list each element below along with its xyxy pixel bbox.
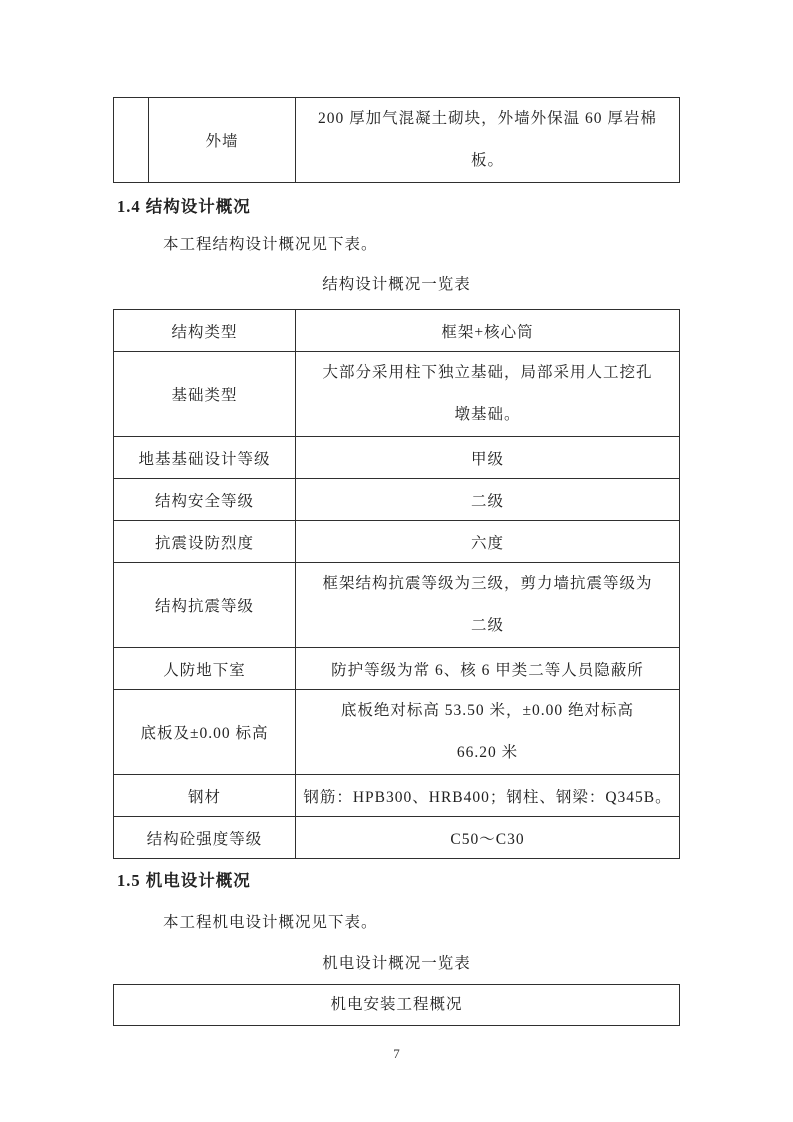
mep-table-title: 机电设计概况一览表 (113, 952, 680, 976)
section-heading-mep: 1.5 机电设计概况 (113, 869, 680, 893)
table-row: 抗震设防烈度 六度 (114, 521, 680, 563)
row-value-cell: 六度 (296, 521, 680, 563)
row-value-cell: 防护等级为常 6、核 6 甲类二等人员隐蔽所 (296, 648, 680, 690)
table-row: 结构类型 框架+核心筒 (114, 310, 680, 352)
row-value-cell: 框架结构抗震等级为三级，剪力墙抗震等级为 二级 (296, 563, 680, 648)
row-label-cell: 底板及±0.00 标高 (114, 690, 296, 775)
row-value-cell: 200 厚加气混凝土砌块，外墙外保温 60 厚岩棉 板。 (296, 98, 680, 183)
table-row: 结构抗震等级 框架结构抗震等级为三级，剪力墙抗震等级为 二级 (114, 563, 680, 648)
exterior-wall-table: 外墙 200 厚加气混凝土砌块，外墙外保温 60 厚岩棉 板。 (113, 97, 680, 183)
table-row: 底板及±0.00 标高 底板绝对标高 53.50 米，±0.00 绝对标高 66… (114, 690, 680, 775)
structural-intro-paragraph: 本工程结构设计概况见下表。 (113, 233, 680, 257)
row-value-cell: 二级 (296, 479, 680, 521)
row-label-cell: 结构安全等级 (114, 479, 296, 521)
row-label-cell: 地基基础设计等级 (114, 437, 296, 479)
value-line: 二级 (296, 605, 679, 647)
page-number: 7 (113, 1046, 680, 1062)
row-value-cell: 钢筋：HPB300、HRB400；钢柱、钢梁：Q345B。 (296, 775, 680, 817)
row-label-cell: 结构类型 (114, 310, 296, 352)
page-content: 外墙 200 厚加气混凝土砌块，外墙外保温 60 厚岩棉 板。 1.4 结构设计… (113, 97, 680, 1062)
row-label-cell: 结构砼强度等级 (114, 817, 296, 859)
row-value-cell: 大部分采用柱下独立基础，局部采用人工挖孔 墩基础。 (296, 352, 680, 437)
value-line: 66.20 米 (296, 732, 679, 774)
value-line: 板。 (296, 140, 679, 182)
value-line: 大部分采用柱下独立基础，局部采用人工挖孔 (296, 352, 679, 394)
row-label-cell: 抗震设防烈度 (114, 521, 296, 563)
value-line: 底板绝对标高 53.50 米，±0.00 绝对标高 (296, 690, 679, 732)
mep-intro-paragraph: 本工程机电设计概况见下表。 (113, 911, 680, 935)
table-row: 结构安全等级 二级 (114, 479, 680, 521)
row-label-cell: 基础类型 (114, 352, 296, 437)
mep-table-header-cell: 机电安装工程概况 (113, 984, 680, 1026)
table-row: 基础类型 大部分采用柱下独立基础，局部采用人工挖孔 墩基础。 (114, 352, 680, 437)
table-row: 外墙 200 厚加气混凝土砌块，外墙外保温 60 厚岩棉 板。 (114, 98, 680, 183)
row-label-cell: 人防地下室 (114, 648, 296, 690)
row-label-cell: 结构抗震等级 (114, 563, 296, 648)
structural-table-title: 结构设计概况一览表 (113, 273, 680, 297)
row-label-cell: 外墙 (149, 98, 296, 183)
value-line: 框架结构抗震等级为三级，剪力墙抗震等级为 (296, 563, 679, 605)
table-row: 钢材 钢筋：HPB300、HRB400；钢柱、钢梁：Q345B。 (114, 775, 680, 817)
table-row: 结构砼强度等级 C50～C30 (114, 817, 680, 859)
row-value-cell: 底板绝对标高 53.50 米，±0.00 绝对标高 66.20 米 (296, 690, 680, 775)
row-value-cell: 甲级 (296, 437, 680, 479)
row-value-cell: C50～C30 (296, 817, 680, 859)
empty-spanner-cell (114, 98, 149, 183)
section-heading-structural: 1.4 结构设计概况 (113, 195, 680, 219)
structural-overview-table: 结构类型 框架+核心筒 基础类型 大部分采用柱下独立基础，局部采用人工挖孔 墩基… (113, 309, 680, 859)
value-line: 墩基础。 (296, 394, 679, 436)
row-label-cell: 钢材 (114, 775, 296, 817)
table-row: 地基基础设计等级 甲级 (114, 437, 680, 479)
value-line: 200 厚加气混凝土砌块，外墙外保温 60 厚岩棉 (296, 98, 679, 140)
table-row: 人防地下室 防护等级为常 6、核 6 甲类二等人员隐蔽所 (114, 648, 680, 690)
row-value-cell: 框架+核心筒 (296, 310, 680, 352)
document-page: 外墙 200 厚加气混凝土砌块，外墙外保温 60 厚岩棉 板。 1.4 结构设计… (0, 0, 793, 1122)
